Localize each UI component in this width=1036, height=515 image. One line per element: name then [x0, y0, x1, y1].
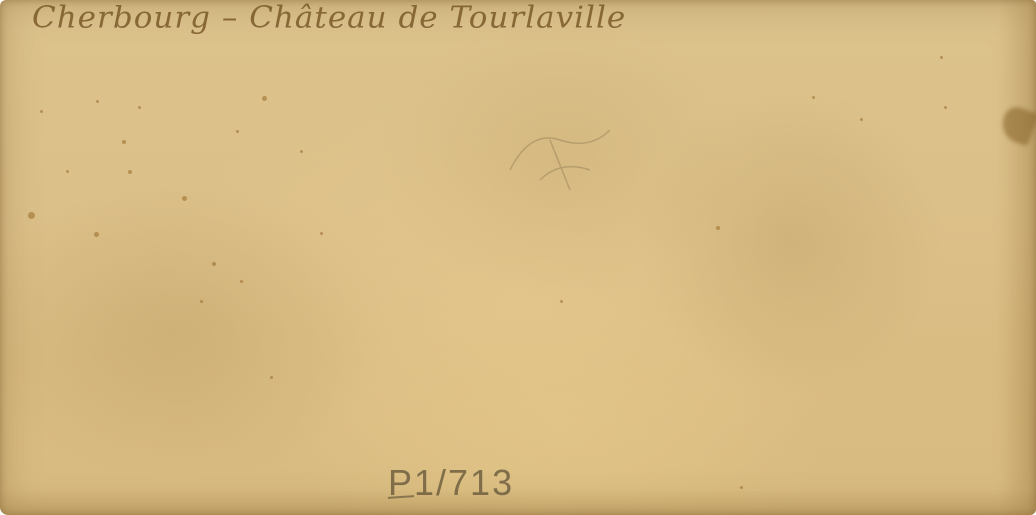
handwritten-title-inscription: Cherbourg – Château de Tourlaville [32, 1, 626, 35]
foxing-spots [0, 0, 1036, 515]
faint-pencil-sketch [500, 110, 630, 200]
stereoview-card-back: Cherbourg – Château de Tourlaville P1/71… [0, 0, 1036, 515]
catalog-number: P1/713 [388, 462, 514, 504]
